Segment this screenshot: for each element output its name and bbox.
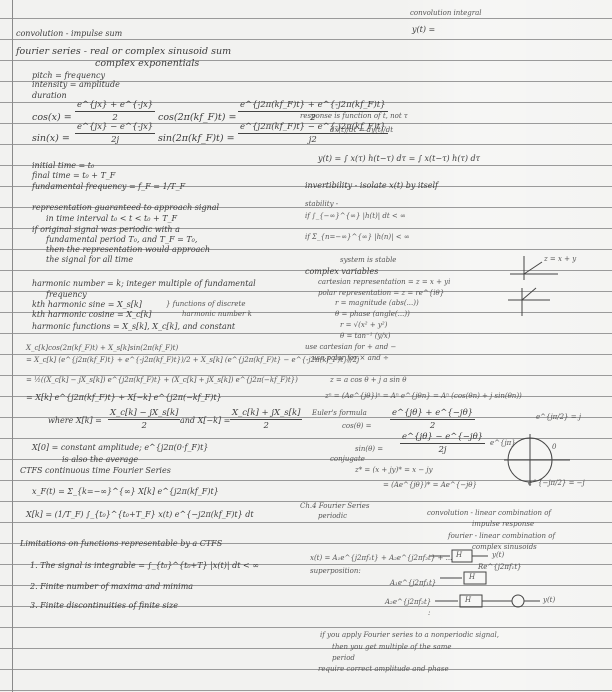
- cartesian-representation: cartesian representation = z = x + yi: [318, 279, 450, 286]
- derivative-equation: dx(t)/dt = dy(t)/dt: [330, 127, 393, 134]
- limitations-heading: Limitations on functions representable b…: [20, 540, 222, 548]
- derivation-4: = X[k] e^{j2π(kf_F)t} + X[−k] e^{j2π(−kf…: [26, 394, 222, 402]
- periodic-note: periodic: [318, 513, 347, 520]
- system-h-2: H: [469, 574, 475, 581]
- stability-heading: stability -: [305, 201, 338, 208]
- functions-of-discrete: } functions of discrete: [166, 301, 246, 308]
- limitation-3: 3. Finite discontinuities of finite size: [30, 602, 178, 610]
- intensity-note: intensity = amplitude: [32, 81, 120, 89]
- unit-circle-right-label: 0: [552, 444, 556, 451]
- x0-average: is also the average: [62, 456, 138, 464]
- nonperiodic-note-1: if you apply Fourier series to a nonperi…: [320, 632, 499, 639]
- where-xk: where X[k] =: [48, 417, 102, 425]
- ruled-line: [0, 18, 612, 19]
- ctfs-synthesis-equation: x_F(t) = Σ_{k=−∞}^{∞} X[k] e^{j2π(kf_F)t…: [32, 488, 219, 496]
- z-equation: z = a cos θ + j a sin θ: [330, 377, 406, 384]
- x0-constant: X[0] = constant amplitude; e^{j2π(0·f_F)…: [32, 444, 208, 452]
- x-minus-k-fraction: X_c[k] + jX_s[k] 2: [230, 408, 302, 431]
- system-stable: system is stable: [340, 257, 396, 264]
- harmonic-number: harmonic number = k; integer multiple of…: [32, 280, 256, 288]
- unit-circle-sketch: [500, 420, 580, 500]
- superposition-label: superposition:: [310, 568, 361, 575]
- z-power-equation: zⁿ = (Ae^{jθ})ⁿ = Aⁿ e^{jθn} = Aⁿ (cos(θ…: [325, 393, 522, 400]
- ruled-line: [0, 669, 612, 670]
- kth-harmonic-sine: kth harmonic sine = X_s[k]: [32, 301, 142, 309]
- require-note: require correct amplitude and phase: [318, 666, 449, 673]
- euler-sin-fraction: e^{jθ} − e^{−jθ} 2j: [400, 432, 485, 455]
- duration-note: duration: [32, 92, 67, 100]
- and-x-minus-k: and X[−k] =: [180, 417, 230, 425]
- harmonic-number-2: frequency: [46, 291, 87, 299]
- stability-discrete: if Σ_{n=−∞}^{∞} |h(n)| < ∞: [305, 234, 410, 241]
- euler-cos-fraction: e^{jθ} + e^{−jθ} 2: [390, 408, 475, 431]
- output-y-1: y(t): [492, 552, 504, 559]
- sin-fraction: e^{jx} − e^{-jx} 2j: [75, 122, 155, 145]
- derivation-3: = ½((X_c[k] − jX_s[k]) e^{j2π(kf_F)t} + …: [26, 377, 298, 384]
- ruled-line: [0, 333, 612, 334]
- convolution-linear-2: impulse response: [472, 521, 534, 528]
- initial-time: initial time = t₀: [32, 162, 94, 170]
- response-note: response is function of t, not τ: [300, 113, 408, 120]
- superposition-input-2: A₂e^{j2πf₂t}: [385, 599, 431, 606]
- use-polar-note: use polar for × and ÷: [312, 355, 389, 362]
- conjugate-equation-2: = (Ae^{jθ})* = Ae^{−jθ}: [383, 482, 477, 489]
- ctfs-analysis-equation: X[k] = (1/T_F) ∫_{t₀}^{t₀+T_F} x(t) e^{−…: [26, 511, 254, 519]
- output-y-2: y(t): [543, 597, 555, 604]
- representation-4: fundamental period T₀, and T_F = T₀,: [46, 236, 197, 244]
- phase-note: θ = phase (angle(...)): [335, 311, 410, 318]
- convolution-definition: convolution - impulse sum: [16, 30, 122, 38]
- representation-3: if original signal was periodic with a: [32, 226, 180, 234]
- system-h-3: H: [465, 597, 471, 604]
- representation-6: the signal for all time: [46, 256, 133, 264]
- functions-of-discrete-2: harmonic number k: [182, 311, 252, 318]
- xk-fraction: X_c[k] − jX_s[k] 2: [108, 408, 180, 431]
- fourier-linear: fourier - linear combination of: [448, 533, 555, 540]
- harmonic-functions: harmonic functions = X_s[k], X_c[k], and…: [32, 323, 235, 331]
- fourier-definition-2: complex exponentials: [95, 59, 199, 69]
- ruled-line: [0, 627, 612, 628]
- cos-lhs: cos(x) =: [32, 113, 72, 123]
- fourier-definition: fourier series - real or complex sinusoi…: [16, 47, 231, 57]
- representation-5: then the representation would approach: [46, 246, 210, 254]
- y-of-t-label: y(t) =: [412, 26, 435, 34]
- derivation-1: X_c[k]cos(2π(kf_F)t) + X_s[k]sin(2π(kf_F…: [26, 345, 178, 352]
- nonperiodic-note-2: then you get multiple of the same: [332, 644, 452, 651]
- ruled-line: [0, 690, 612, 691]
- euler-cos-lhs: cos(θ) =: [342, 423, 372, 430]
- r-equation: r = √(x² + y²): [340, 322, 387, 329]
- pitch-note: pitch = frequency: [32, 72, 105, 80]
- convolution-integral-label: convolution integral: [410, 10, 482, 17]
- cos2-lhs: cos(2π(kf_F)t) =: [158, 113, 236, 123]
- ruled-line: [0, 648, 612, 649]
- convolution-linear: convolution - linear combination of: [427, 510, 551, 517]
- complex-variables-heading: complex variables: [305, 268, 378, 276]
- system-h-1: H: [456, 552, 462, 559]
- ruled-line: [0, 60, 612, 61]
- representation-2: in time interval t₀ < t < t₀ + T_F: [46, 215, 177, 223]
- magnitude-note: r = magnitude (abs(...)): [335, 300, 419, 307]
- limitation-2: 2. Finite number of maxima and minima: [30, 583, 193, 591]
- sin-lhs: sin(x) =: [32, 134, 70, 144]
- limitation-1: 1. The signal is integrable = ∫_{t₀}^{t₀…: [30, 562, 259, 570]
- chapter-4-heading: Ch.4 Fourier Series: [300, 503, 370, 510]
- representation-1: representation guaranteed to approach si…: [32, 204, 219, 212]
- cos-fraction: e^{jx} + e^{-jx} 2: [75, 100, 155, 123]
- final-time: final time = t₀ + T_F: [32, 172, 115, 180]
- derivation-2: = X_c[k] (e^{j2π(kf_F)t} + e^{-j2π(kf_F)…: [26, 357, 359, 364]
- theta-equation: θ = tan⁻¹ (y/x): [340, 333, 390, 340]
- conjugate-equation-1: z* = (x + jy)* = x − jy: [355, 467, 433, 474]
- kth-harmonic-cosine: kth harmonic cosine = X_c[k]: [32, 311, 152, 319]
- ctfs-heading: CTFS continuous time Fourier Series: [20, 467, 171, 475]
- block-diagram: [430, 548, 580, 618]
- stability-continuous: if ∫_{−∞}^{∞} |h(t)| dt < ∞: [305, 213, 406, 220]
- euler-sin-lhs: sin(θ) =: [355, 446, 383, 453]
- unit-circle-left-label: e^{jπ}: [490, 440, 516, 447]
- cartesian-sketch-label: z = x + y: [544, 256, 576, 263]
- polar-representation: polar representation = z = re^{iθ}: [318, 290, 444, 297]
- margin-line: [12, 0, 13, 692]
- invertibility-note: invertibility - isolate x(t) by itself: [305, 182, 438, 190]
- use-cartesian-note: use cartesian for + and −: [305, 344, 396, 351]
- notebook-page: convolution integral y(t) = convolution …: [0, 0, 612, 692]
- convolution-equation: y(t) = ∫ x(τ) h(t−τ) dτ = ∫ x(t−τ) h(τ) …: [318, 155, 480, 163]
- fundamental-frequency: fundamental frequency = f_F = 1/T_F: [32, 183, 185, 191]
- ruled-line: [0, 39, 612, 40]
- sin2-lhs: sin(2π(kf_F)t) =: [158, 134, 235, 144]
- unit-circle-bottom-label: e^{−jπ/2} = −j: [528, 480, 585, 487]
- ruled-line: [0, 354, 612, 355]
- conjugate-heading: conjugate: [330, 456, 365, 463]
- nonperiodic-note-3: period: [332, 655, 355, 662]
- euler-formula-heading: Euler's formula: [312, 410, 367, 417]
- unit-circle-top-label: e^{jπ/2} = j: [536, 414, 581, 421]
